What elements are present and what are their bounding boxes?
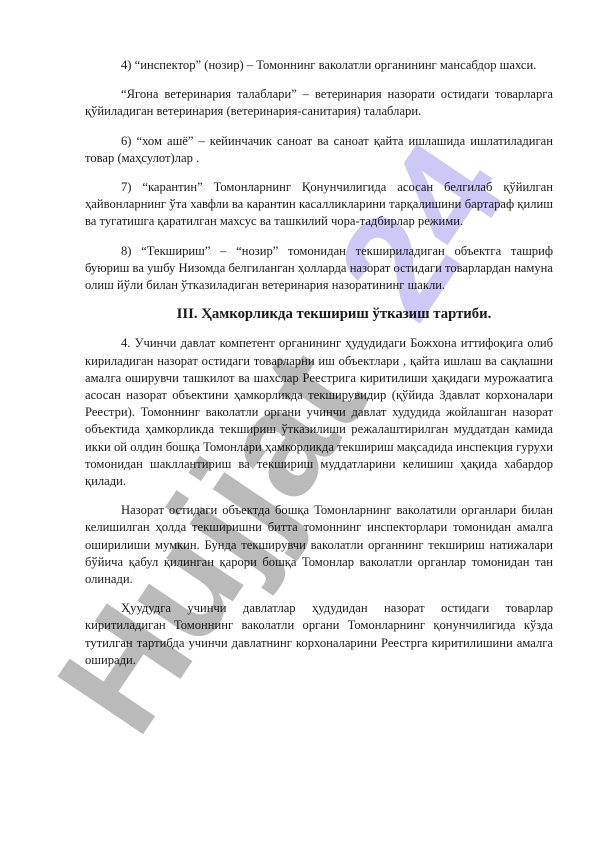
paragraph-definition-vet-requirements: “Ягона ветеринария талаблари” – ветерина… [85,86,553,120]
paragraph-section-4: 4. Учинчи давлат компетент органининг ҳу… [85,335,553,490]
paragraph-definition-inspector: 4) “инспектор” (нозир) – Томоннинг вакол… [85,57,553,74]
paragraph-registry-inclusion: Ҳуудудга учинчи давлатлар ҳудудидан назо… [85,600,553,669]
paragraph-joint-inspection: Назорат остидаги объектда бошқа Томонлар… [85,502,553,588]
paragraph-definition-raw-materials: 6) “хом ашё” – кейинчачик саноат ва сано… [85,133,553,167]
section-heading: III. Ҳамкорликда текшириш ўтказиш тартиб… [85,306,553,323]
document-body: 4) “инспектор” (нозир) – Томоннинг вакол… [85,57,553,681]
paragraph-definition-inspection: 8) “Текшириш” – “нозир” томонидан текшир… [85,243,553,295]
paragraph-definition-quarantine: 7) “карантин” Томонларнинг Қонунчилигида… [85,179,553,231]
document-page: 4) “инспектор” (нозир) – Томоннинг вакол… [0,0,596,842]
